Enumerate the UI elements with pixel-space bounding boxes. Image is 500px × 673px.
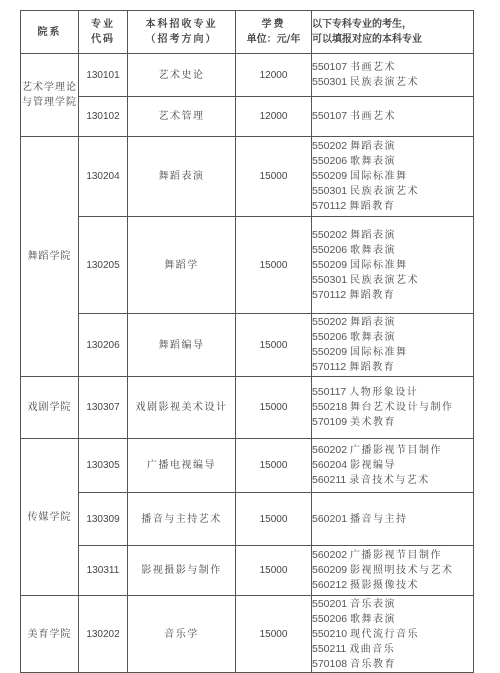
eligible-major-code: 550201 bbox=[312, 598, 347, 610]
undergrad-major-cell: 广播电视编导 bbox=[128, 439, 236, 493]
undergrad-major-cell: 影视摄影与制作 bbox=[128, 546, 236, 596]
eligible-major-name: 民族表演艺术 bbox=[350, 77, 419, 88]
header-department: 院系 bbox=[21, 11, 79, 54]
eligible-majors-cell: 560202广播影视节目制作560204影视编导560211录音技术与艺术 bbox=[312, 439, 474, 493]
eligible-major-code: 560209 bbox=[312, 564, 347, 576]
eligible-majors-cell: 550202舞蹈表演550206歌舞表演550209国际标准舞550301民族表… bbox=[312, 137, 474, 217]
header-major-code: 专业 代码 bbox=[79, 11, 128, 54]
table-header-row: 院系 专业 代码 本科招收专业 （招考方向） 学费 单位：元/年 以下专科专业的… bbox=[21, 11, 474, 54]
tuition-cell: 15000 bbox=[236, 546, 312, 596]
eligible-major-name: 舞台艺术设计与制作 bbox=[350, 402, 454, 413]
eligible-major-item: 550202舞蹈表演 bbox=[312, 315, 473, 330]
eligible-major-name: 舞蹈教育 bbox=[349, 290, 395, 301]
eligible-major-code: 550202 bbox=[312, 316, 347, 328]
eligible-major-name: 影视编导 bbox=[350, 460, 396, 471]
undergrad-major-cell: 舞蹈表演 bbox=[128, 137, 236, 217]
eligible-major-item: 550206歌舞表演 bbox=[312, 154, 473, 169]
tuition-cell: 12000 bbox=[236, 97, 312, 137]
eligible-major-name: 舞蹈表演 bbox=[350, 141, 396, 152]
tuition-cell: 15000 bbox=[236, 137, 312, 217]
eligible-major-item: 550210现代流行音乐 bbox=[312, 627, 473, 642]
eligible-major-name: 国际标准舞 bbox=[350, 260, 408, 271]
eligible-major-name: 舞蹈表演 bbox=[350, 230, 396, 241]
eligible-major-code: 550218 bbox=[312, 401, 347, 413]
eligible-major-item: 570112舞蹈教育 bbox=[312, 360, 473, 375]
table-row: 130102艺术管理12000550107书画艺术 bbox=[21, 97, 474, 137]
eligible-major-code: 560204 bbox=[312, 459, 347, 471]
header-eligible-majors: 以下专科专业的考生， 可以填报对应的本科专业 bbox=[312, 11, 474, 54]
eligible-major-name: 国际标准舞 bbox=[350, 171, 408, 182]
eligible-major-code: 570108 bbox=[312, 658, 347, 670]
eligible-major-code: 550210 bbox=[312, 628, 347, 640]
eligible-major-name: 广播影视节目制作 bbox=[350, 445, 442, 456]
eligible-major-code: 550206 bbox=[312, 155, 347, 167]
eligible-major-code: 550202 bbox=[312, 229, 347, 241]
eligible-major-code: 550209 bbox=[312, 346, 347, 358]
eligible-major-item: 550206歌舞表演 bbox=[312, 612, 473, 627]
eligible-major-code: 560212 bbox=[312, 579, 347, 591]
eligible-major-name: 摄影摄像技术 bbox=[350, 580, 419, 591]
eligible-major-name: 民族表演艺术 bbox=[350, 186, 419, 197]
department-cell: 舞蹈学院 bbox=[21, 137, 79, 377]
department-cell: 戏剧学院 bbox=[21, 377, 79, 439]
tuition-cell: 15000 bbox=[236, 217, 312, 314]
eligible-major-code: 550209 bbox=[312, 259, 347, 271]
eligible-major-item: 550209国际标准舞 bbox=[312, 258, 473, 273]
eligible-major-name: 歌舞表演 bbox=[350, 614, 396, 625]
undergrad-major-cell: 播音与主持艺术 bbox=[128, 493, 236, 546]
table-row: 130206舞蹈编导15000550202舞蹈表演550206歌舞表演55020… bbox=[21, 314, 474, 377]
eligible-major-code: 550206 bbox=[312, 244, 347, 256]
eligible-major-name: 舞蹈表演 bbox=[350, 317, 396, 328]
table-row: 戏剧学院130307戏剧影视美术设计15000550117人物形象设计55021… bbox=[21, 377, 474, 439]
eligible-major-item: 550206歌舞表演 bbox=[312, 243, 473, 258]
eligible-majors-cell: 550202舞蹈表演550206歌舞表演550209国际标准舞570112舞蹈教… bbox=[312, 314, 474, 377]
eligible-majors-cell: 560202广播影视节目制作560209影视照明技术与艺术560212摄影摄像技… bbox=[312, 546, 474, 596]
table-row: 美育学院130202音乐学15000550201音乐表演550206歌舞表演55… bbox=[21, 596, 474, 673]
tuition-cell: 15000 bbox=[236, 439, 312, 493]
eligible-major-code: 560202 bbox=[312, 549, 347, 561]
tuition-cell: 12000 bbox=[236, 54, 312, 97]
eligible-major-code: 550211 bbox=[312, 643, 346, 655]
eligible-major-item: 560204影视编导 bbox=[312, 458, 473, 473]
eligible-major-item: 560209影视照明技术与艺术 bbox=[312, 563, 473, 578]
eligible-major-item: 570108音乐教育 bbox=[312, 657, 473, 672]
eligible-major-item: 560202广播影视节目制作 bbox=[312, 443, 473, 458]
table-row: 130205舞蹈学15000550202舞蹈表演550206歌舞表演550209… bbox=[21, 217, 474, 314]
eligible-major-name: 舞蹈教育 bbox=[349, 362, 395, 373]
eligible-major-name: 歌舞表演 bbox=[350, 245, 396, 256]
eligible-major-name: 歌舞表演 bbox=[350, 332, 396, 343]
eligible-major-name: 戏曲音乐 bbox=[349, 644, 395, 655]
eligible-major-item: 560201播音与主持 bbox=[312, 512, 473, 527]
eligible-major-item: 550202舞蹈表演 bbox=[312, 228, 473, 243]
eligible-major-name: 音乐表演 bbox=[350, 599, 396, 610]
eligible-major-name: 国际标准舞 bbox=[350, 347, 408, 358]
eligible-major-name: 书画艺术 bbox=[350, 62, 396, 73]
eligible-major-item: 570112舞蹈教育 bbox=[312, 288, 473, 303]
eligible-majors-cell: 550117人物形象设计550218舞台艺术设计与制作570109美术教育 bbox=[312, 377, 474, 439]
eligible-major-code: 560202 bbox=[312, 444, 347, 456]
major-code-cell: 130309 bbox=[79, 493, 128, 546]
eligible-major-name: 广播影视节目制作 bbox=[350, 550, 442, 561]
eligible-major-item: 550201音乐表演 bbox=[312, 597, 473, 612]
major-code-cell: 130307 bbox=[79, 377, 128, 439]
eligible-major-code: 550301 bbox=[312, 185, 347, 197]
eligible-major-item: 560212摄影摄像技术 bbox=[312, 578, 473, 593]
major-code-cell: 130305 bbox=[79, 439, 128, 493]
eligible-major-item: 570109美术教育 bbox=[312, 415, 473, 430]
tuition-cell: 15000 bbox=[236, 314, 312, 377]
eligible-major-item: 560211录音技术与艺术 bbox=[312, 473, 473, 488]
eligible-major-item: 550107书画艺术 bbox=[312, 60, 473, 75]
eligible-major-item: 550117人物形象设计 bbox=[312, 385, 473, 400]
department-cell: 艺术学理论与管理学院 bbox=[21, 54, 79, 137]
eligible-major-code: 550301 bbox=[312, 76, 347, 88]
undergrad-major-cell: 音乐学 bbox=[128, 596, 236, 673]
eligible-major-item: 550202舞蹈表演 bbox=[312, 139, 473, 154]
eligible-majors-cell: 560201播音与主持 bbox=[312, 493, 474, 546]
eligible-major-code: 570109 bbox=[312, 416, 347, 428]
eligible-major-name: 人物形象设计 bbox=[349, 387, 418, 398]
eligible-major-name: 播音与主持 bbox=[350, 514, 408, 525]
eligible-major-code: 550107 bbox=[312, 61, 347, 73]
major-code-cell: 130204 bbox=[79, 137, 128, 217]
eligible-major-code: 550107 bbox=[312, 110, 347, 122]
eligible-major-name: 美术教育 bbox=[350, 417, 396, 428]
table-row: 130311影视摄影与制作15000560202广播影视节目制作560209影视… bbox=[21, 546, 474, 596]
eligible-major-item: 550211戏曲音乐 bbox=[312, 642, 473, 657]
eligible-major-item: 550107书画艺术 bbox=[312, 109, 473, 124]
eligible-major-code: 560201 bbox=[312, 513, 347, 525]
eligible-major-code: 570112 bbox=[312, 200, 346, 212]
eligible-major-name: 影视照明技术与艺术 bbox=[350, 565, 454, 576]
eligible-major-item: 560202广播影视节目制作 bbox=[312, 548, 473, 563]
eligible-major-item: 550301民族表演艺术 bbox=[312, 273, 473, 288]
major-code-cell: 130101 bbox=[79, 54, 128, 97]
header-tuition: 学费 单位：元/年 bbox=[236, 11, 312, 54]
department-cell: 传媒学院 bbox=[21, 439, 79, 596]
eligible-major-code: 550202 bbox=[312, 140, 347, 152]
eligible-major-code: 570112 bbox=[312, 289, 346, 301]
tuition-cell: 15000 bbox=[236, 377, 312, 439]
eligible-major-name: 书画艺术 bbox=[350, 111, 396, 122]
eligible-major-code: 550206 bbox=[312, 613, 347, 625]
eligible-major-code: 550209 bbox=[312, 170, 347, 182]
major-code-cell: 130102 bbox=[79, 97, 128, 137]
eligible-majors-cell: 550107书画艺术550301民族表演艺术 bbox=[312, 54, 474, 97]
eligible-major-item: 550209国际标准舞 bbox=[312, 169, 473, 184]
eligible-major-code: 550301 bbox=[312, 274, 347, 286]
table-body: 艺术学理论与管理学院130101艺术史论12000550107书画艺术55030… bbox=[21, 54, 474, 673]
tuition-cell: 15000 bbox=[236, 493, 312, 546]
department-cell: 美育学院 bbox=[21, 596, 79, 673]
eligible-major-item: 570112舞蹈教育 bbox=[312, 199, 473, 214]
eligible-majors-cell: 550107书画艺术 bbox=[312, 97, 474, 137]
admissions-major-table: 院系 专业 代码 本科招收专业 （招考方向） 学费 单位：元/年 以下专科专业的… bbox=[20, 10, 474, 673]
eligible-major-code: 550206 bbox=[312, 331, 347, 343]
eligible-major-item: 550301民族表演艺术 bbox=[312, 75, 473, 90]
table-row: 舞蹈学院130204舞蹈表演15000550202舞蹈表演550206歌舞表演5… bbox=[21, 137, 474, 217]
undergrad-major-cell: 舞蹈编导 bbox=[128, 314, 236, 377]
eligible-major-item: 550206歌舞表演 bbox=[312, 330, 473, 345]
table-row: 130309播音与主持艺术15000560201播音与主持 bbox=[21, 493, 474, 546]
major-code-cell: 130205 bbox=[79, 217, 128, 314]
undergrad-major-cell: 艺术史论 bbox=[128, 54, 236, 97]
tuition-cell: 15000 bbox=[236, 596, 312, 673]
eligible-majors-cell: 550202舞蹈表演550206歌舞表演550209国际标准舞550301民族表… bbox=[312, 217, 474, 314]
header-undergrad-major: 本科招收专业 （招考方向） bbox=[128, 11, 236, 54]
undergrad-major-cell: 戏剧影视美术设计 bbox=[128, 377, 236, 439]
eligible-majors-cell: 550201音乐表演550206歌舞表演550210现代流行音乐550211戏曲… bbox=[312, 596, 474, 673]
eligible-major-item: 550218舞台艺术设计与制作 bbox=[312, 400, 473, 415]
eligible-major-code: 560211 bbox=[312, 474, 346, 486]
eligible-major-name: 民族表演艺术 bbox=[350, 275, 419, 286]
major-code-cell: 130206 bbox=[79, 314, 128, 377]
undergrad-major-cell: 艺术管理 bbox=[128, 97, 236, 137]
table-row: 艺术学理论与管理学院130101艺术史论12000550107书画艺术55030… bbox=[21, 54, 474, 97]
eligible-major-code: 550117 bbox=[312, 386, 346, 398]
eligible-major-name: 录音技术与艺术 bbox=[349, 475, 430, 486]
eligible-major-name: 音乐教育 bbox=[350, 659, 396, 670]
eligible-major-name: 现代流行音乐 bbox=[350, 629, 419, 640]
major-code-cell: 130202 bbox=[79, 596, 128, 673]
undergrad-major-cell: 舞蹈学 bbox=[128, 217, 236, 314]
eligible-major-item: 550301民族表演艺术 bbox=[312, 184, 473, 199]
major-code-cell: 130311 bbox=[79, 546, 128, 596]
eligible-major-name: 歌舞表演 bbox=[350, 156, 396, 167]
eligible-major-code: 570112 bbox=[312, 361, 346, 373]
eligible-major-item: 550209国际标准舞 bbox=[312, 345, 473, 360]
table-row: 传媒学院130305广播电视编导15000560202广播影视节目制作56020… bbox=[21, 439, 474, 493]
eligible-major-name: 舞蹈教育 bbox=[349, 201, 395, 212]
